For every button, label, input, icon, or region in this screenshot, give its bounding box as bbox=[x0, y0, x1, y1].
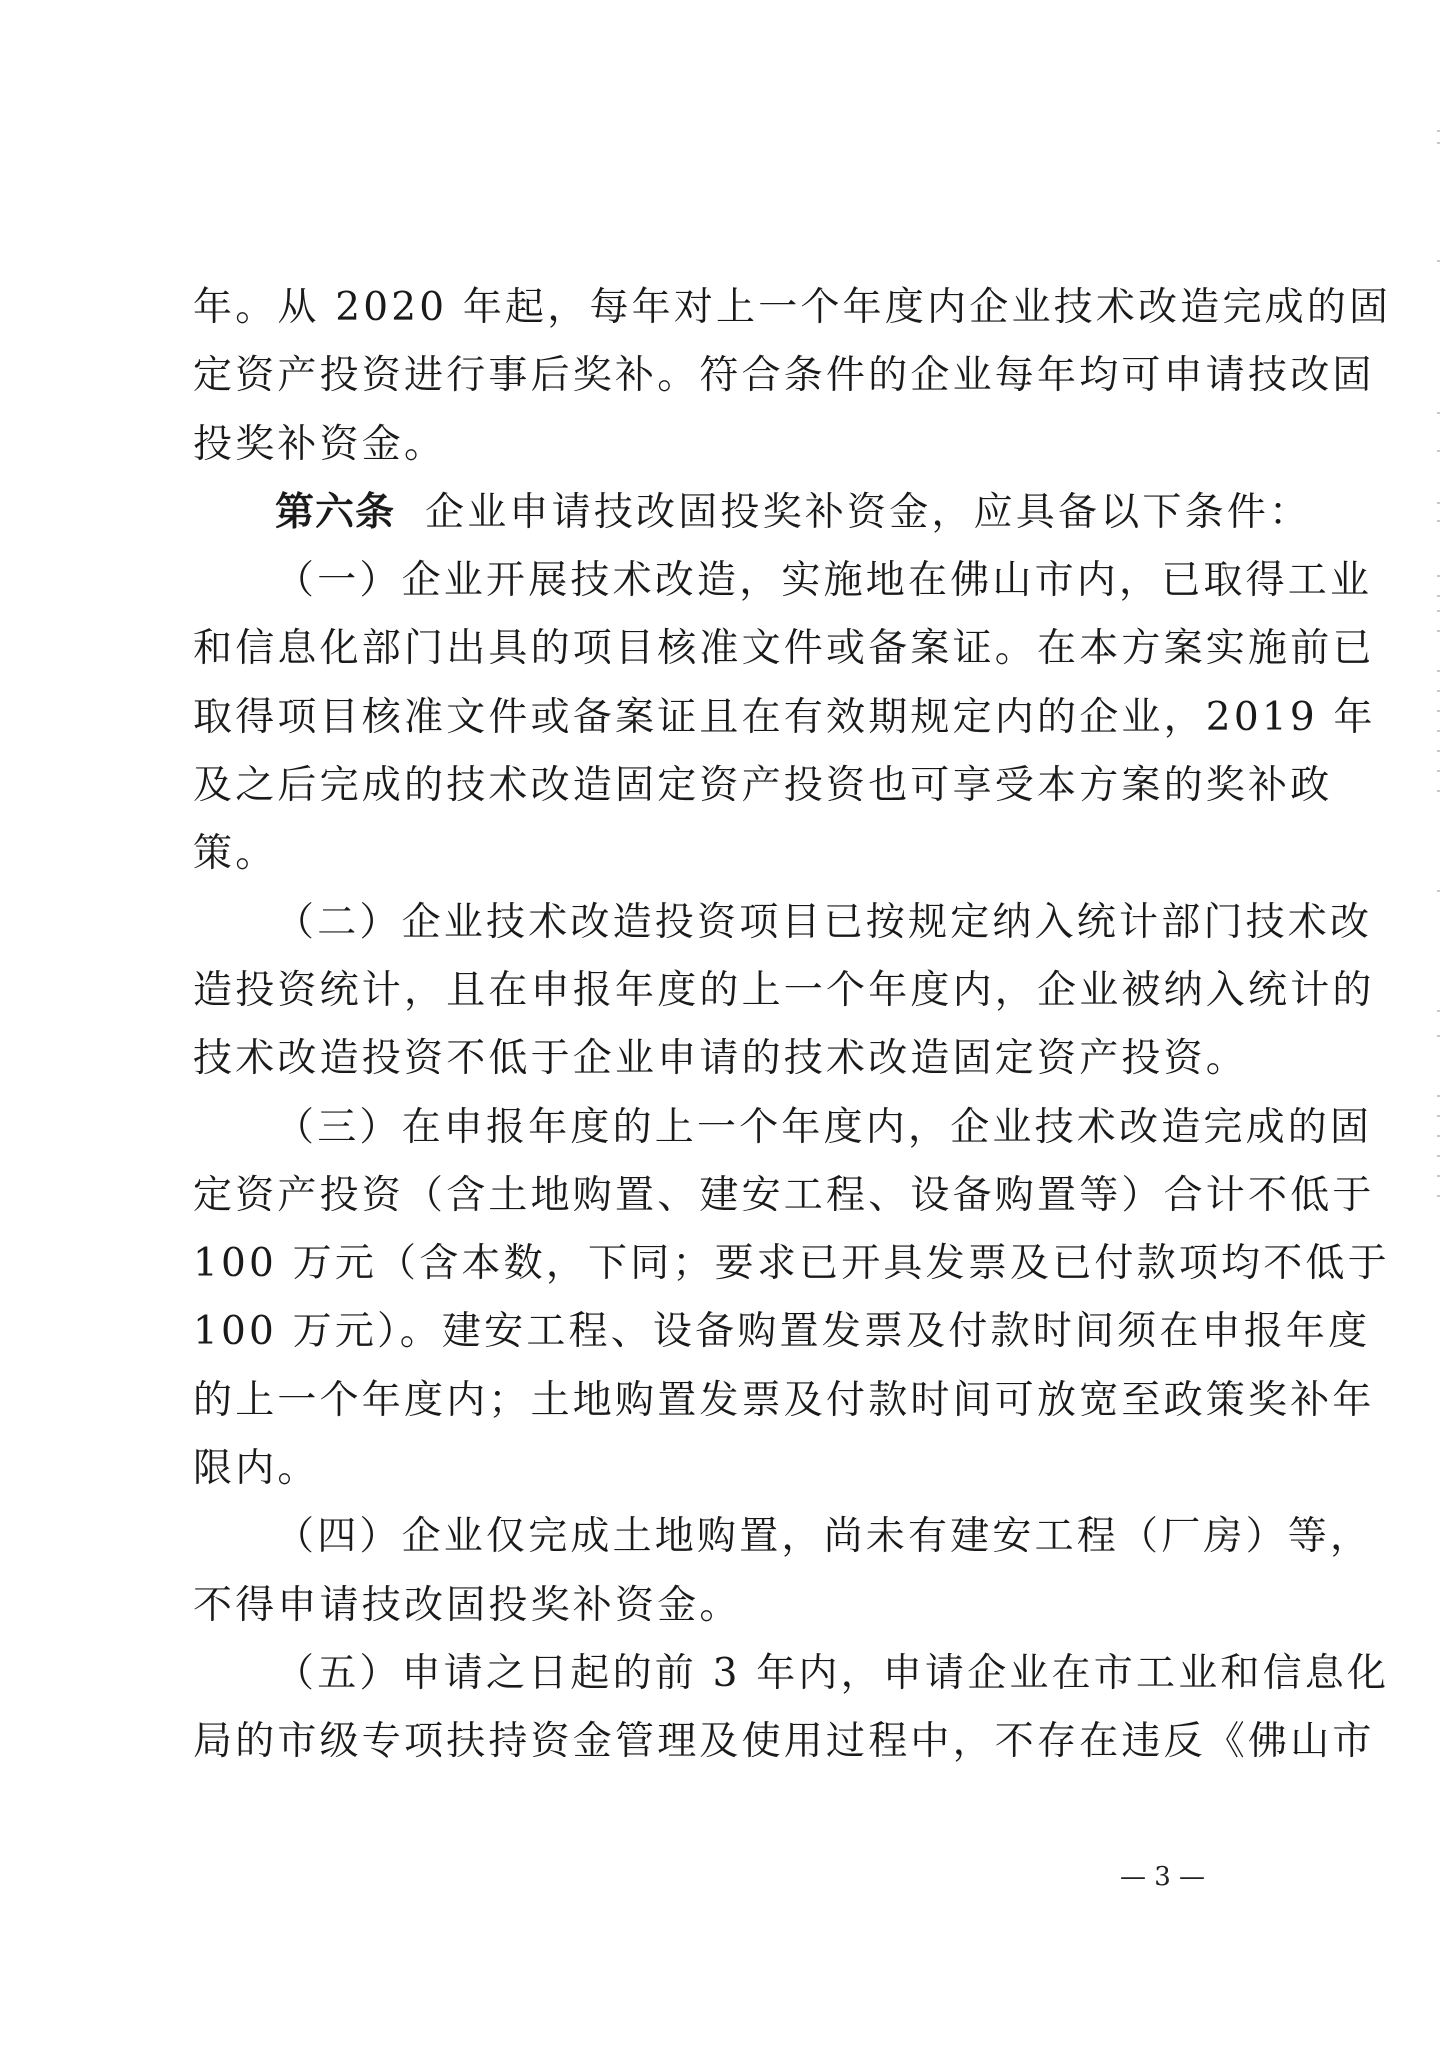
article-text: 企业申请技改固投奖补资金，应具备以下条件： bbox=[425, 490, 1311, 535]
scan-dot bbox=[1437, 1135, 1440, 1137]
text-line: 投奖补资金。 bbox=[193, 411, 1261, 479]
scan-dot bbox=[1437, 790, 1440, 792]
scan-dot bbox=[1437, 1095, 1440, 1097]
scan-dot bbox=[1437, 412, 1440, 414]
clause-2-line: （二）企业技术改造投资项目已按规定纳入统计部门技术改 bbox=[193, 889, 1261, 957]
scan-dot bbox=[1437, 610, 1440, 612]
scan-dot bbox=[1437, 142, 1440, 144]
text-line: 限内。 bbox=[193, 1435, 1261, 1503]
scan-dot bbox=[1437, 690, 1440, 692]
text-line: 定资产投资（含土地购置、建安工程、设备购置等）合计不低于 bbox=[193, 1162, 1261, 1230]
scan-dot bbox=[1437, 260, 1440, 262]
document-page: 年。从 2020 年起，每年对上一个年度内企业技术改造完成的固 定资产投资进行事… bbox=[0, 0, 1448, 2048]
clause-3-line: （三）在申报年度的上一个年度内，企业技术改造完成的固 bbox=[193, 1094, 1261, 1162]
text-line: 100 万元（含本数，下同；要求已开具发票及已付款项均不低于 bbox=[193, 1230, 1261, 1298]
clause-4-line: （四）企业仅完成土地购置，尚未有建安工程（厂房）等， bbox=[193, 1503, 1261, 1571]
scan-dot bbox=[1437, 890, 1440, 892]
clause-5-line: （五）申请之日起的前 3 年内，申请企业在市工业和信息化 bbox=[193, 1640, 1261, 1708]
text-line: 策。 bbox=[193, 820, 1261, 888]
article-heading-line: 第六条企业申请技改固投奖补资金，应具备以下条件： bbox=[193, 479, 1261, 547]
text-line: 和信息化部门出具的项目核准文件或备案证。在本方案实施前已 bbox=[193, 615, 1261, 683]
scan-dot bbox=[1437, 502, 1440, 504]
scan-dot bbox=[1437, 450, 1440, 452]
scan-dot bbox=[1437, 710, 1440, 712]
document-body: 年。从 2020 年起，每年对上一个年度内企业技术改造完成的固 定资产投资进行事… bbox=[193, 274, 1261, 1777]
scan-dot bbox=[1437, 520, 1440, 522]
scan-margin-marks bbox=[1437, 110, 1441, 1310]
scan-dot bbox=[1437, 575, 1440, 577]
text-line: 及之后完成的技术改造固定资产投资也可享受本方案的奖补政 bbox=[193, 752, 1261, 820]
scan-dot bbox=[1437, 630, 1440, 632]
text-line: 不得申请技改固投奖补资金。 bbox=[193, 1572, 1261, 1640]
text-line: 技术改造投资不低于企业申请的技术改造固定资产投资。 bbox=[193, 1025, 1261, 1093]
scan-dot bbox=[1437, 1115, 1440, 1117]
scan-dot bbox=[1437, 730, 1440, 732]
scan-dot bbox=[1437, 750, 1440, 752]
scan-dot bbox=[1437, 1175, 1440, 1177]
article-number: 第六条 bbox=[275, 490, 395, 535]
scan-dot bbox=[1437, 1155, 1440, 1157]
scan-dot bbox=[1437, 1195, 1440, 1197]
text-line: 造投资统计，且在申报年度的上一个年度内，企业被纳入统计的 bbox=[193, 957, 1261, 1025]
scan-dot bbox=[1437, 770, 1440, 772]
text-line: 取得项目核准文件或备案证且在有效期规定内的企业，2019 年 bbox=[193, 684, 1261, 752]
scan-dot bbox=[1437, 1010, 1440, 1012]
clause-1-line: （一）企业开展技术改造，实施地在佛山市内，已取得工业 bbox=[193, 547, 1261, 615]
scan-dot bbox=[1437, 1035, 1440, 1037]
scan-dot bbox=[1437, 130, 1440, 132]
scan-dot bbox=[1437, 670, 1440, 672]
text-line: 定资产投资进行事后奖补。符合条件的企业每年均可申请技改固 bbox=[193, 342, 1261, 410]
text-line: 100 万元）。建安工程、设备购置发票及付款时间须在申报年度 bbox=[193, 1298, 1261, 1366]
page-number: — 3 — bbox=[1100, 1860, 1225, 1894]
scan-dot bbox=[1437, 595, 1440, 597]
text-line: 的上一个年度内；土地购置发票及付款时间可放宽至政策奖补年 bbox=[193, 1367, 1261, 1435]
text-line: 局的市级专项扶持资金管理及使用过程中，不存在违反《佛山市 bbox=[193, 1708, 1261, 1776]
text-line: 年。从 2020 年起，每年对上一个年度内企业技术改造完成的固 bbox=[193, 274, 1261, 342]
